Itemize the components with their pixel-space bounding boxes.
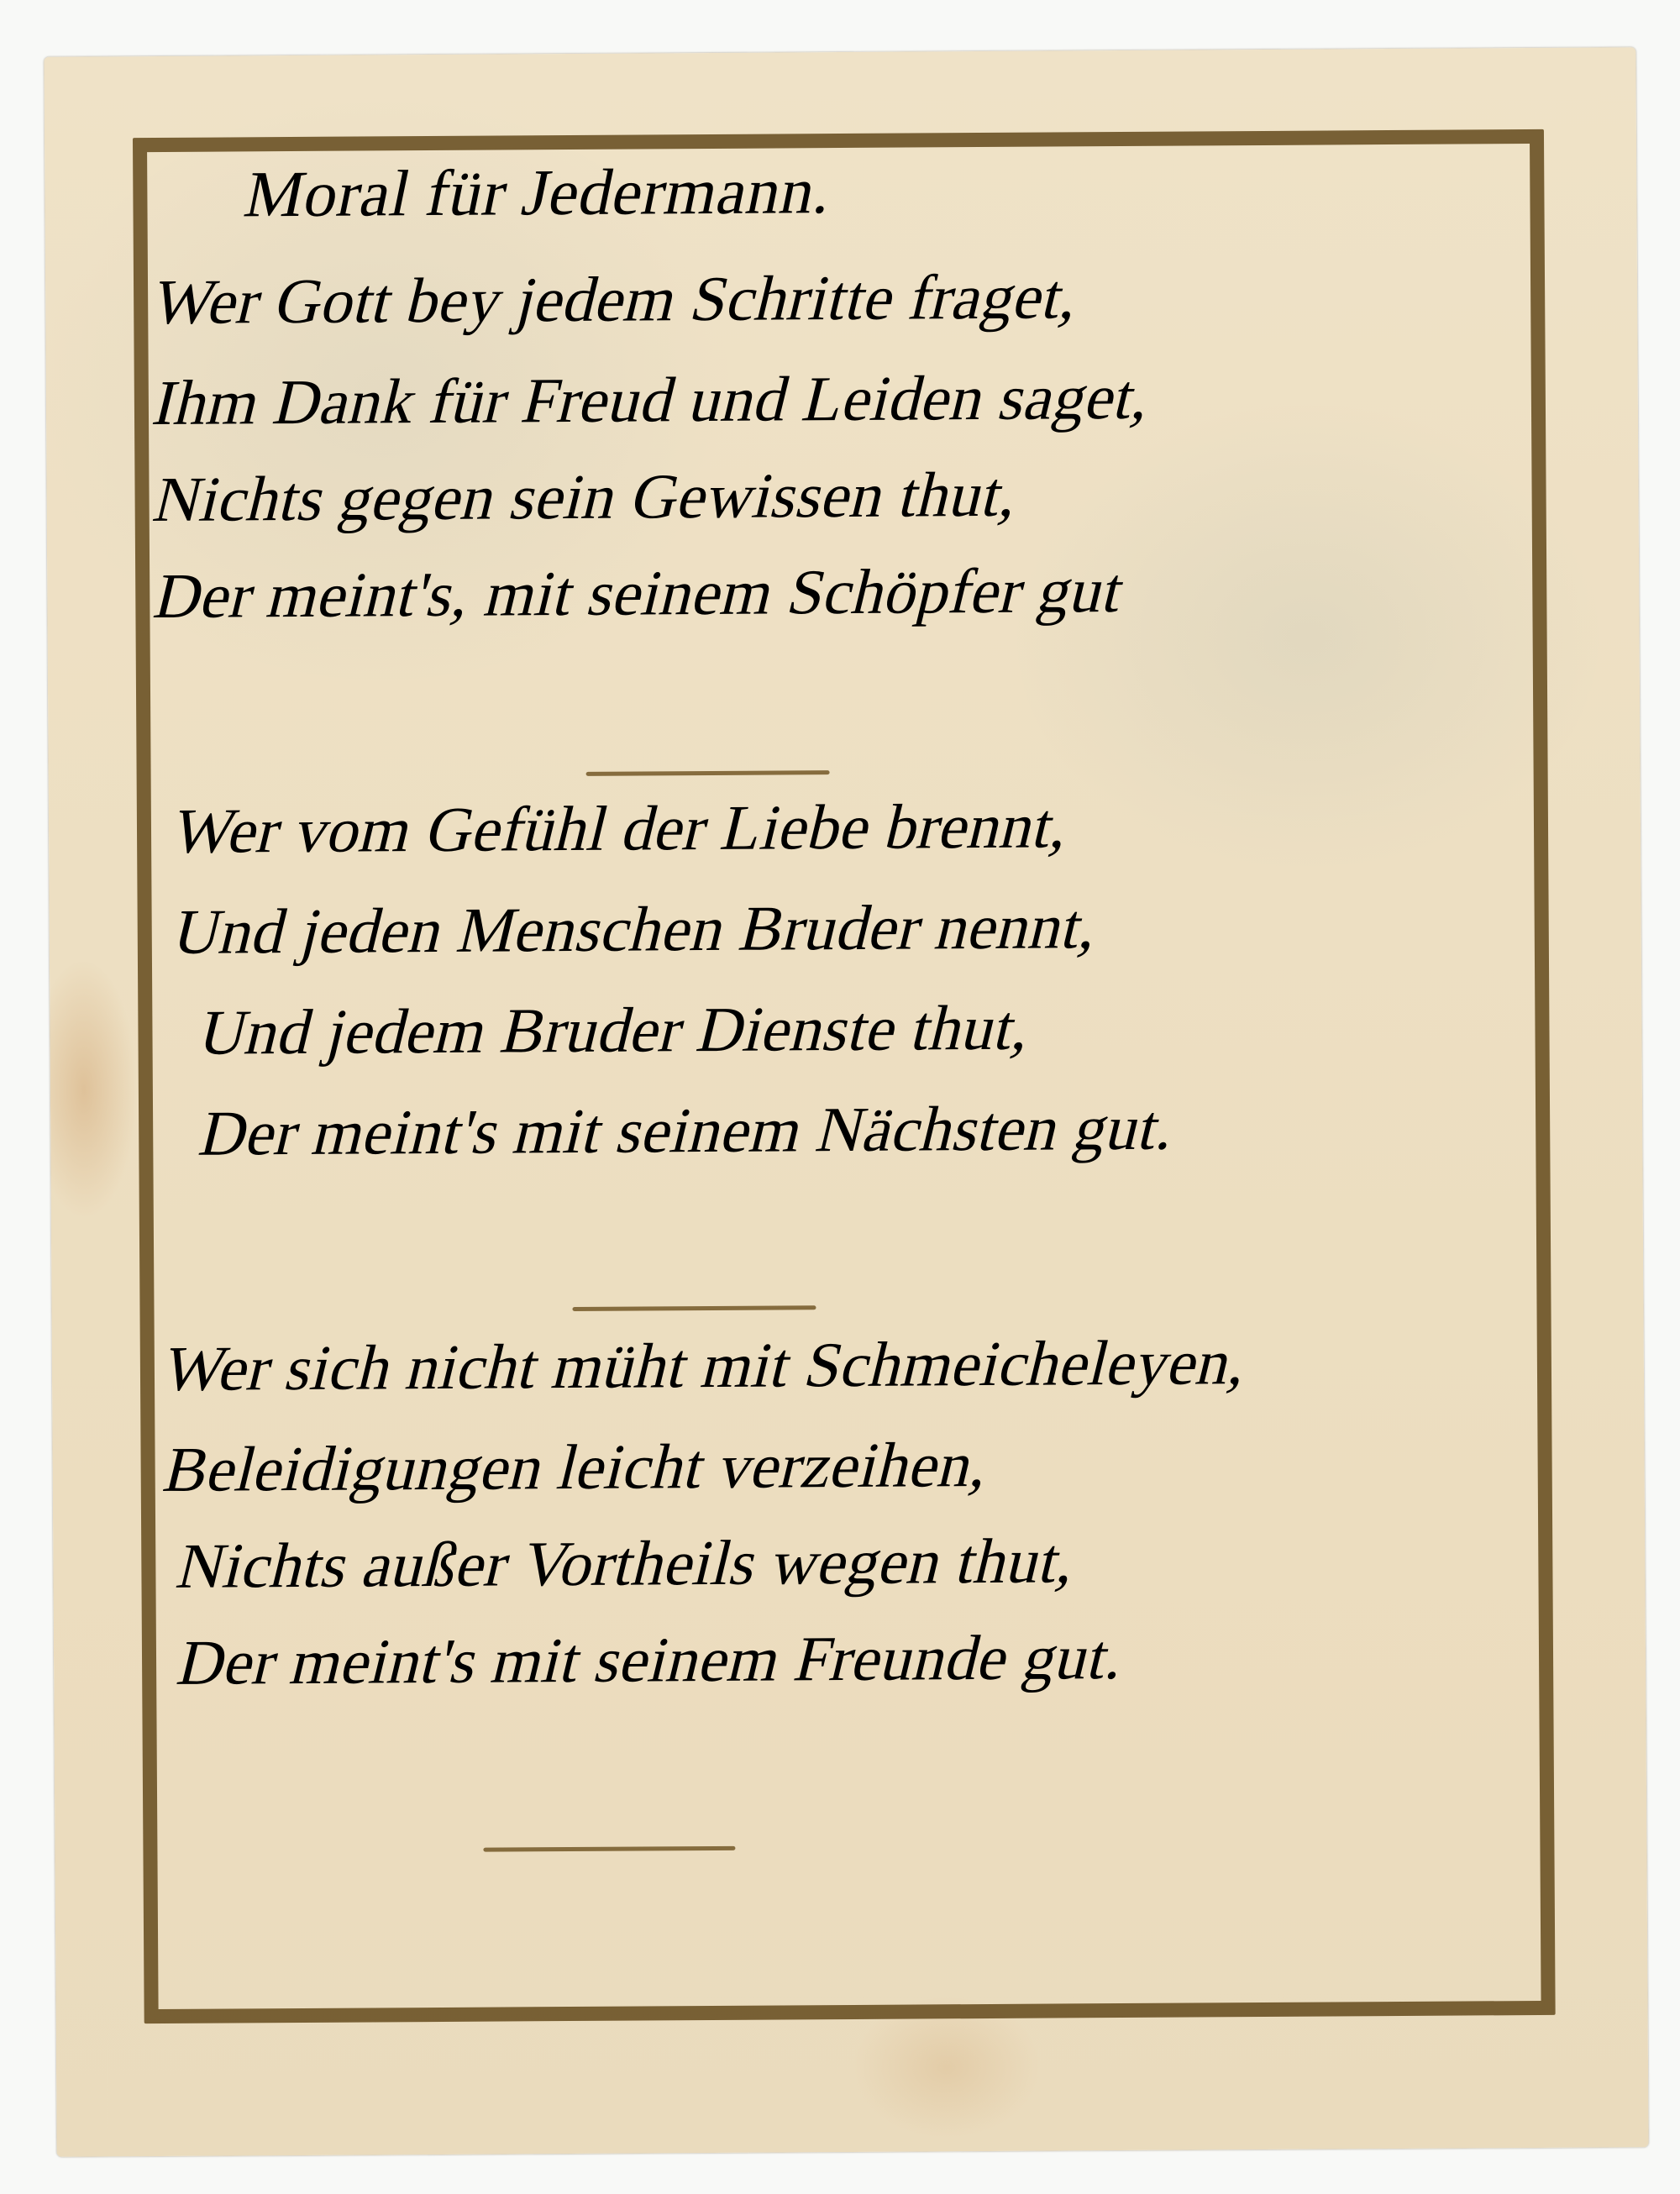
stanza-3-line-3: Nichts außer Vortheils wegen thut,: [171, 1525, 1085, 1604]
stanza-3-line-2: Beleidigungen leicht verzeihen,: [157, 1429, 998, 1507]
stanza-1-line-2: Ihm Dank für Freud und Leiden saget,: [146, 361, 1159, 440]
stanza-2-line-3: Und jedem Bruder Dienste thut,: [192, 992, 1040, 1070]
stanza-1-line-1: Wer Gott bey jedem Schritte fraget,: [146, 260, 1088, 339]
stanza-2-line-4: Der meint's mit seinem Nächsten gut.: [193, 1092, 1184, 1171]
stanza-1-line-4: Der meint's, mit seinem Schöpfer gut: [148, 554, 1131, 633]
stanza-3-line-1: Wer sich nicht müht mit Schmeicheleyen,: [156, 1326, 1256, 1406]
manuscript-paper: Moral für Jedermann. Wer Gott bey jedem …: [44, 47, 1648, 2157]
stanza-3-line-4: Der meint's mit seinem Freunde gut.: [171, 1621, 1133, 1700]
stanza-2-line-1: Wer vom Gefühl der Liebe brennt,: [165, 790, 1078, 869]
stanza-1-line-3: Nichts gegen sein Gewissen thut,: [147, 459, 1027, 537]
scan-background: Moral für Jedermann. Wer Gott bey jedem …: [0, 0, 1680, 2194]
stanza-2-line-2: Und jeden Menschen Bruder nennt,: [166, 890, 1107, 969]
poem-title: Moral für Jedermann.: [239, 153, 841, 232]
